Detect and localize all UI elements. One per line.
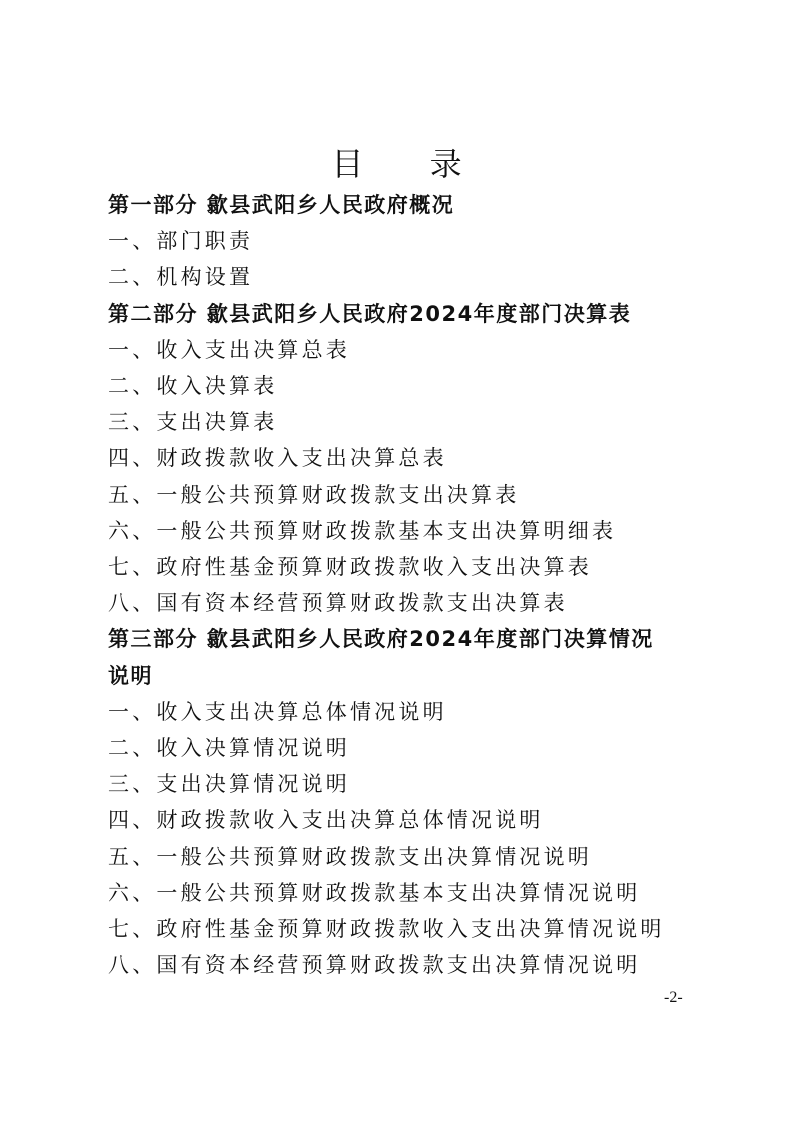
toc-item[interactable]: 二、机构设置 (108, 259, 708, 295)
toc-item[interactable]: 八、国有资本经营预算财政拨款支出决算表 (108, 585, 708, 621)
toc-item[interactable]: 五、一般公共预算财政拨款支出决算情况说明 (108, 839, 708, 875)
page-title: 目 录 (0, 143, 793, 185)
toc-item[interactable]: 二、收入决算表 (108, 368, 708, 404)
toc-part3-heading-continued[interactable]: 说明 (108, 658, 708, 694)
toc-item[interactable]: 六、一般公共预算财政拨款基本支出决算情况说明 (108, 875, 708, 911)
toc-item[interactable]: 七、政府性基金预算财政拨款收入支出决算情况说明 (108, 911, 708, 947)
toc-item[interactable]: 八、国有资本经营预算财政拨款支出决算情况说明 (108, 947, 708, 983)
toc-item[interactable]: 一、收入支出决算总体情况说明 (108, 694, 708, 730)
toc-part1-heading[interactable]: 第一部分 歙县武阳乡人民政府概况 (108, 187, 708, 223)
page-number: -2- (664, 989, 683, 1007)
toc-item[interactable]: 三、支出决算情况说明 (108, 766, 708, 802)
toc-item[interactable]: 四、财政拨款收入支出决算总表 (108, 440, 708, 476)
toc-item[interactable]: 六、一般公共预算财政拨款基本支出决算明细表 (108, 513, 708, 549)
toc-part3-heading[interactable]: 第三部分 歙县武阳乡人民政府2024年度部门决算情况 (108, 621, 708, 657)
toc-item[interactable]: 二、收入决算情况说明 (108, 730, 708, 766)
toc-item[interactable]: 一、部门职责 (108, 223, 708, 259)
table-of-contents: 第一部分 歙县武阳乡人民政府概况 一、部门职责 二、机构设置 第二部分 歙县武阳… (108, 187, 708, 983)
toc-item[interactable]: 五、一般公共预算财政拨款支出决算表 (108, 477, 708, 513)
document-page: 目 录 第一部分 歙县武阳乡人民政府概况 一、部门职责 二、机构设置 第二部分 … (0, 0, 793, 1122)
toc-item[interactable]: 七、政府性基金预算财政拨款收入支出决算表 (108, 549, 708, 585)
toc-item[interactable]: 三、支出决算表 (108, 404, 708, 440)
toc-item[interactable]: 四、财政拨款收入支出决算总体情况说明 (108, 802, 708, 838)
toc-item[interactable]: 一、收入支出决算总表 (108, 332, 708, 368)
toc-part2-heading[interactable]: 第二部分 歙县武阳乡人民政府2024年度部门决算表 (108, 296, 708, 332)
